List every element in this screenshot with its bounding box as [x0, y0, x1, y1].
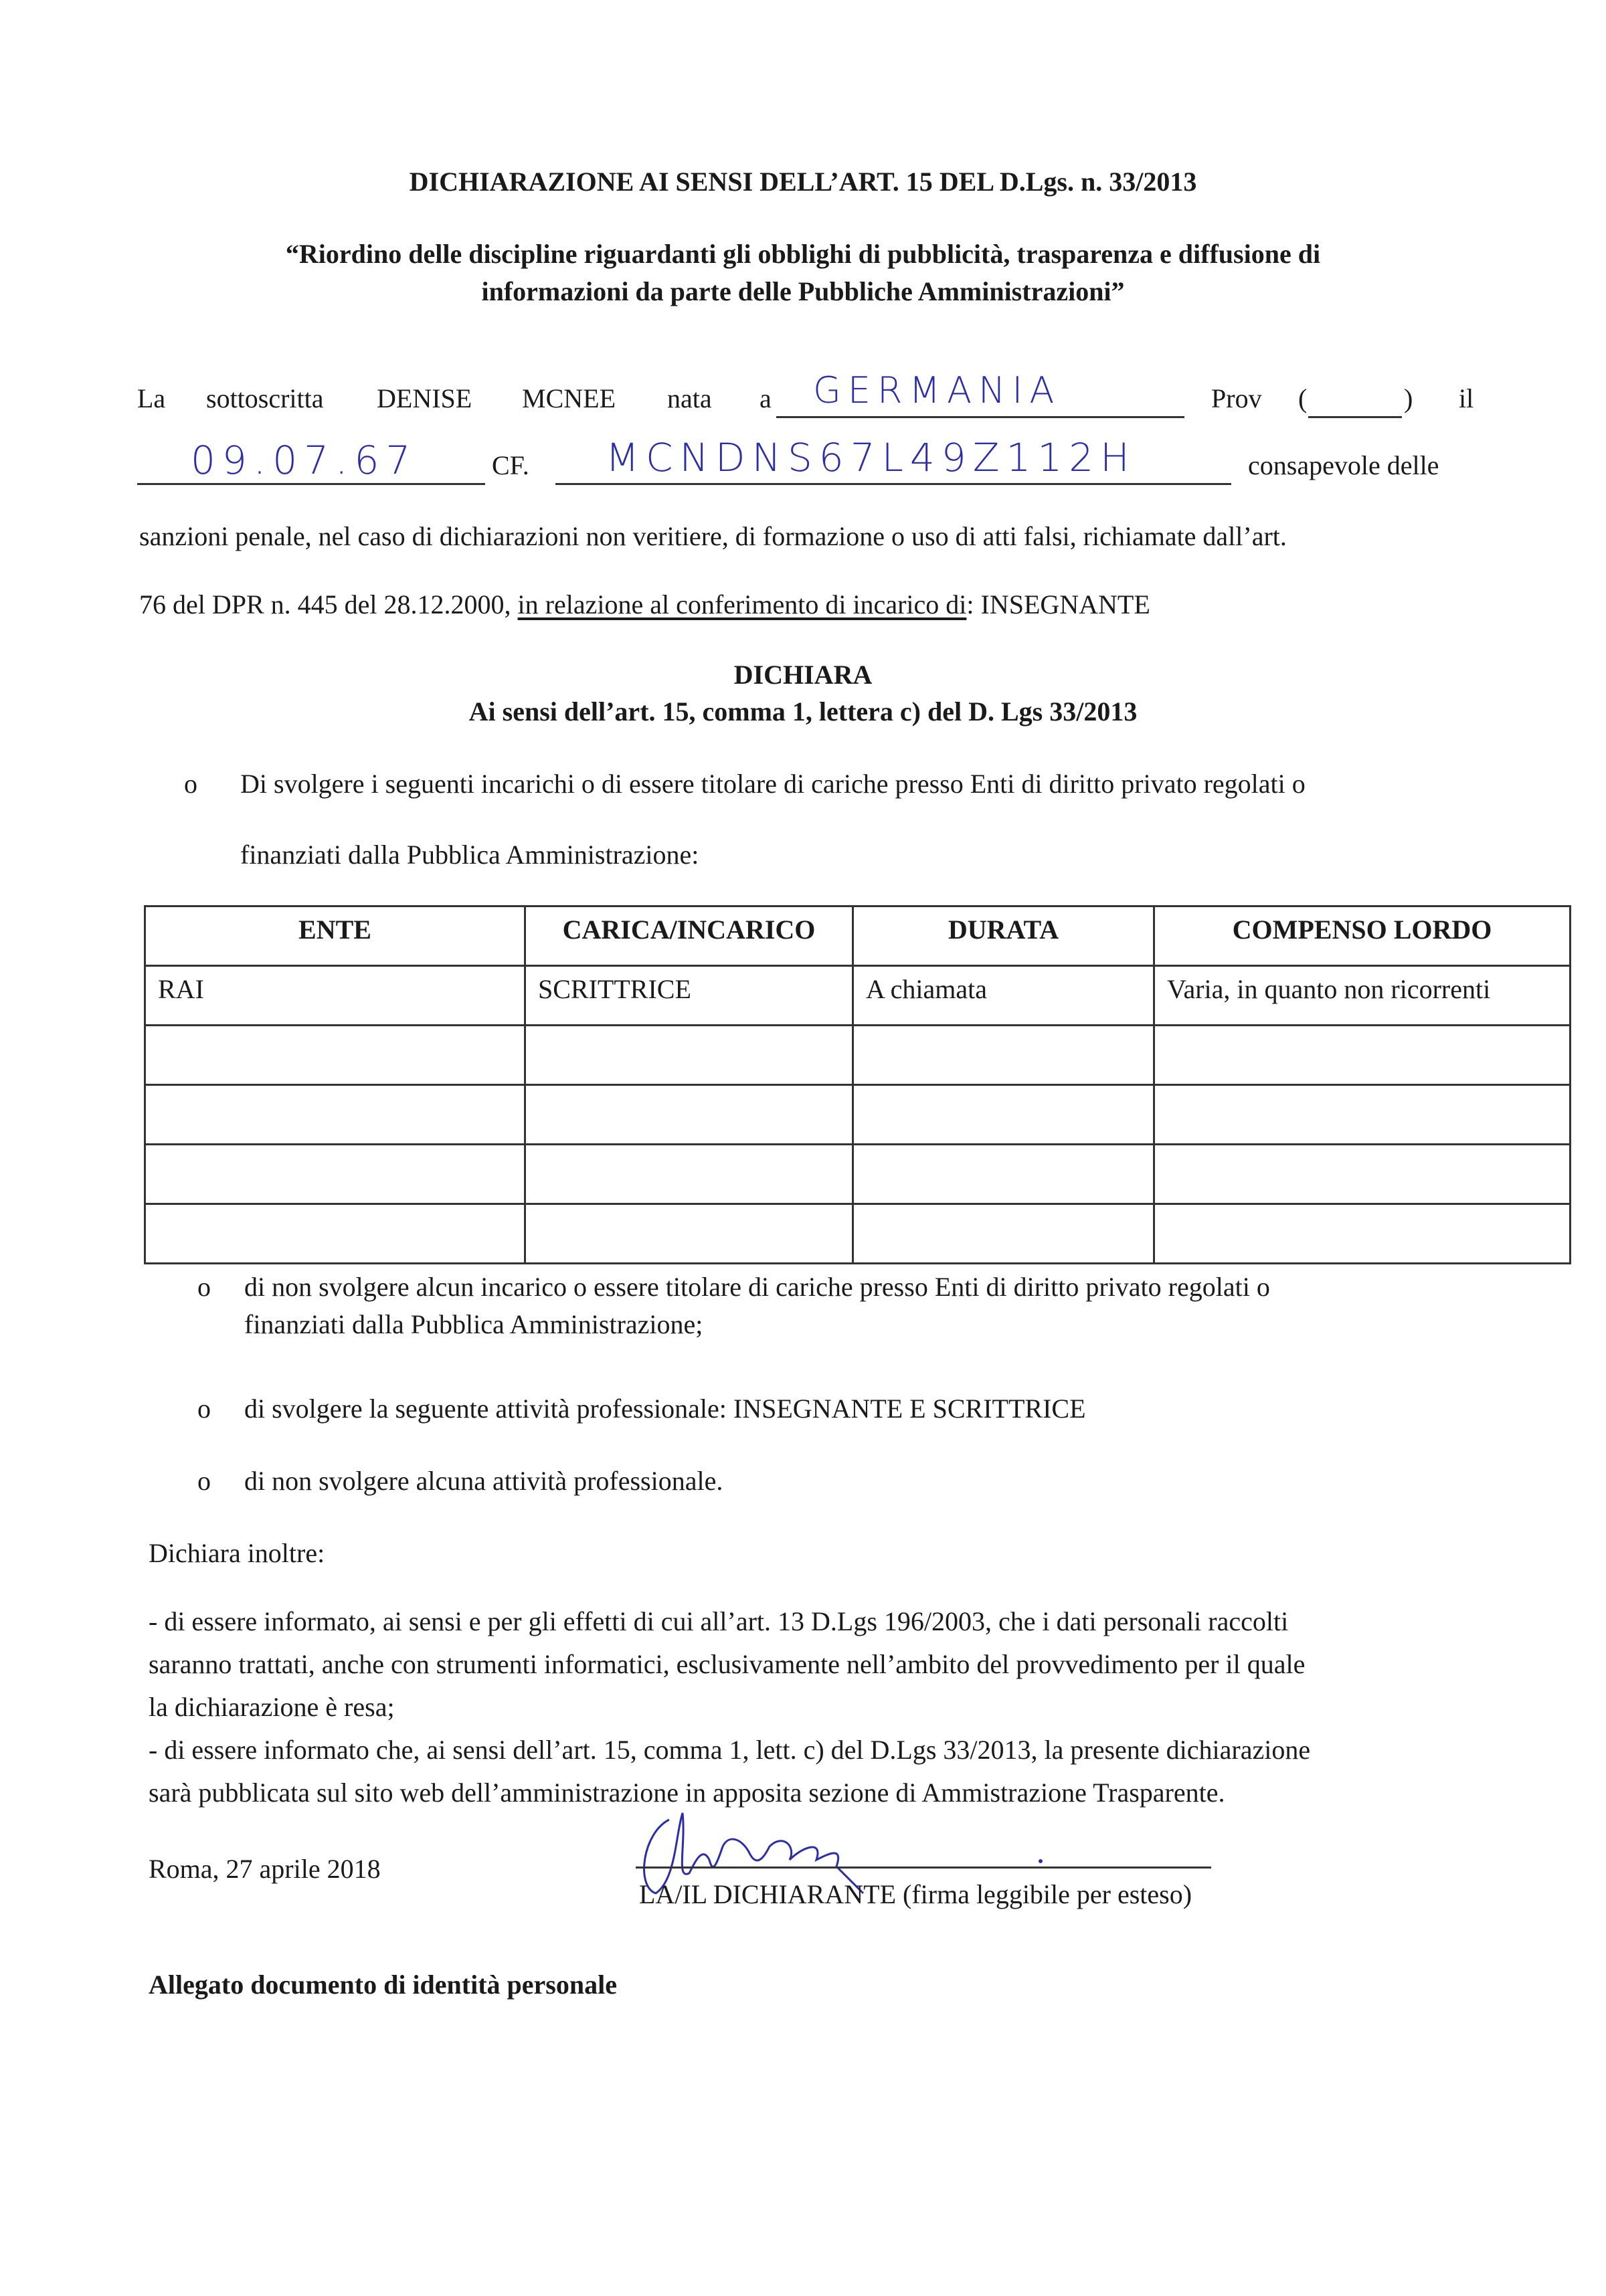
cell-durata[interactable]	[853, 1145, 1154, 1204]
birthdate-handwritten: 09.07.67	[191, 438, 417, 483]
cell-ente[interactable]	[145, 1026, 525, 1085]
declarant-last-name: MCNEE	[522, 383, 616, 414]
cell-compenso[interactable]	[1154, 1145, 1571, 1204]
text-consapevole: consapevole delle	[1248, 450, 1439, 481]
subtitle-line-2: informazioni da parte delle Pubbliche Am…	[201, 273, 1405, 310]
cell-ente[interactable]	[145, 1204, 525, 1264]
table-row	[145, 1204, 1571, 1264]
text-il: il	[1459, 383, 1474, 414]
inoltre-line: - di essere informato, ai sensi e per gl…	[149, 1600, 1310, 1643]
assignments-table: ENTE CARICA/INCARICO DURATA COMPENSO LOR…	[144, 905, 1571, 1264]
cell-ente[interactable]: RAI	[145, 966, 525, 1026]
text-nata: nata	[667, 383, 712, 414]
inoltre-line: la dichiarazione è resa;	[149, 1686, 1310, 1729]
attachment-note: Allegato documento di identità personale	[149, 1964, 617, 2006]
cell-durata[interactable]	[853, 1085, 1154, 1145]
declarant-first-name: DENISE	[377, 383, 472, 414]
inoltre-line: saranno trattati, anche con strumenti in…	[149, 1643, 1310, 1686]
text-prov: Prov	[1211, 383, 1262, 414]
dichiara-subheading: Ai sensi dell’art. 15, comma 1, lettera …	[0, 696, 1606, 727]
option-2-line-1: di non svolgere alcun incarico o essere …	[244, 1271, 1270, 1303]
cell-compenso[interactable]	[1154, 1085, 1571, 1145]
tax-code-field[interactable]	[555, 483, 1231, 485]
cell-carica[interactable]	[525, 1026, 853, 1085]
cell-durata[interactable]	[853, 1204, 1154, 1264]
subtitle-line-1: “Riordino delle discipline riguardanti g…	[201, 235, 1405, 273]
radio-bullet-icon[interactable]: o	[197, 1465, 211, 1497]
cell-carica[interactable]	[525, 1085, 853, 1145]
option-2-line-2: finanziati dalla Pubblica Amministrazion…	[244, 1309, 703, 1340]
cell-ente[interactable]	[145, 1085, 525, 1145]
column-header-compenso: COMPENSO LORDO	[1154, 906, 1571, 966]
option-1-line-1: Di svolgere i seguenti incarichi o di es…	[240, 768, 1306, 799]
intro-line-4-role: : INSEGNANTE	[966, 589, 1150, 619]
option-1-line-2: finanziati dalla Pubblica Amministrazion…	[240, 839, 699, 870]
cell-compenso[interactable]	[1154, 1204, 1571, 1264]
cell-durata[interactable]: A chiamata	[853, 966, 1154, 1026]
option-4-line-1: di non svolgere alcuna attività professi…	[244, 1465, 723, 1497]
signature-caption: LA/IL DICHIARANTE (firma leggibile per e…	[639, 1873, 1192, 1916]
text-cf: CF.	[492, 450, 529, 481]
table-row	[145, 1085, 1571, 1145]
radio-bullet-icon[interactable]: o	[197, 1271, 211, 1303]
radio-bullet-icon[interactable]: o	[184, 768, 197, 799]
cell-carica[interactable]	[525, 1204, 853, 1264]
prov-close-paren: )	[1404, 383, 1413, 414]
table-row	[145, 1145, 1571, 1204]
text-sottoscritta: sottoscritta	[206, 383, 324, 414]
cell-carica[interactable]	[525, 1145, 853, 1204]
prov-open-paren: (	[1298, 383, 1307, 414]
cell-durata[interactable]	[853, 1026, 1154, 1085]
intro-line-4-prefix: 76 del DPR n. 445 del 28.12.2000,	[139, 589, 518, 619]
birthplace-field[interactable]	[776, 416, 1184, 418]
table-row	[145, 1026, 1571, 1085]
document-subtitle: “Riordino delle discipline riguardanti g…	[201, 235, 1405, 310]
document-title: DICHIARAZIONE AI SENSI DELL’ART. 15 DEL …	[0, 166, 1606, 197]
birthdate-field[interactable]	[137, 483, 485, 485]
text-a: a	[760, 383, 772, 414]
tax-code-handwritten: MCNDNS67L49Z112H	[606, 435, 1136, 480]
option-3-line-1: di svolgere la seguente attività profess…	[244, 1393, 1086, 1424]
signature-line[interactable]	[636, 1867, 1211, 1869]
declarant-line-1: La sottoscritta DENISE MCNEE nata a GERM…	[137, 375, 1476, 428]
column-header-carica: CARICA/INCARICO	[525, 906, 853, 966]
intro-line-4-underlined: in relazione al conferimento di incarico…	[518, 589, 967, 619]
table-header-row: ENTE CARICA/INCARICO DURATA COMPENSO LOR…	[145, 906, 1571, 966]
inoltre-line: - di essere informato che, ai sensi dell…	[149, 1729, 1310, 1772]
intro-line-3: sanzioni penale, nel caso di dichiarazio…	[139, 520, 1287, 552]
birthplace-handwritten: GERMANIA	[813, 369, 1061, 411]
text-la: La	[137, 383, 165, 414]
column-header-ente: ENTE	[145, 906, 525, 966]
table-row: RAI SCRITTRICE A chiamata Varia, in quan…	[145, 966, 1571, 1026]
cell-ente[interactable]	[145, 1145, 525, 1204]
intro-line-4: 76 del DPR n. 445 del 28.12.2000, in rel…	[139, 589, 1150, 620]
inoltre-heading: Dichiara inoltre:	[149, 1532, 325, 1575]
cell-carica[interactable]: SCRITTRICE	[525, 966, 853, 1026]
dichiara-heading: DICHIARA	[0, 659, 1606, 690]
place-date: Roma, 27 aprile 2018	[149, 1848, 381, 1891]
cell-compenso[interactable]	[1154, 1026, 1571, 1085]
province-field[interactable]	[1308, 416, 1402, 418]
radio-bullet-icon[interactable]: o	[197, 1393, 211, 1424]
cell-compenso[interactable]: Varia, in quanto non ricorrenti	[1154, 966, 1571, 1026]
column-header-durata: DURATA	[853, 906, 1154, 966]
inoltre-body: - di essere informato, ai sensi e per gl…	[149, 1600, 1310, 1814]
declarant-line-2: 09.07.67 CF. MCNDNS67L49Z112H consapevol…	[137, 442, 1476, 495]
